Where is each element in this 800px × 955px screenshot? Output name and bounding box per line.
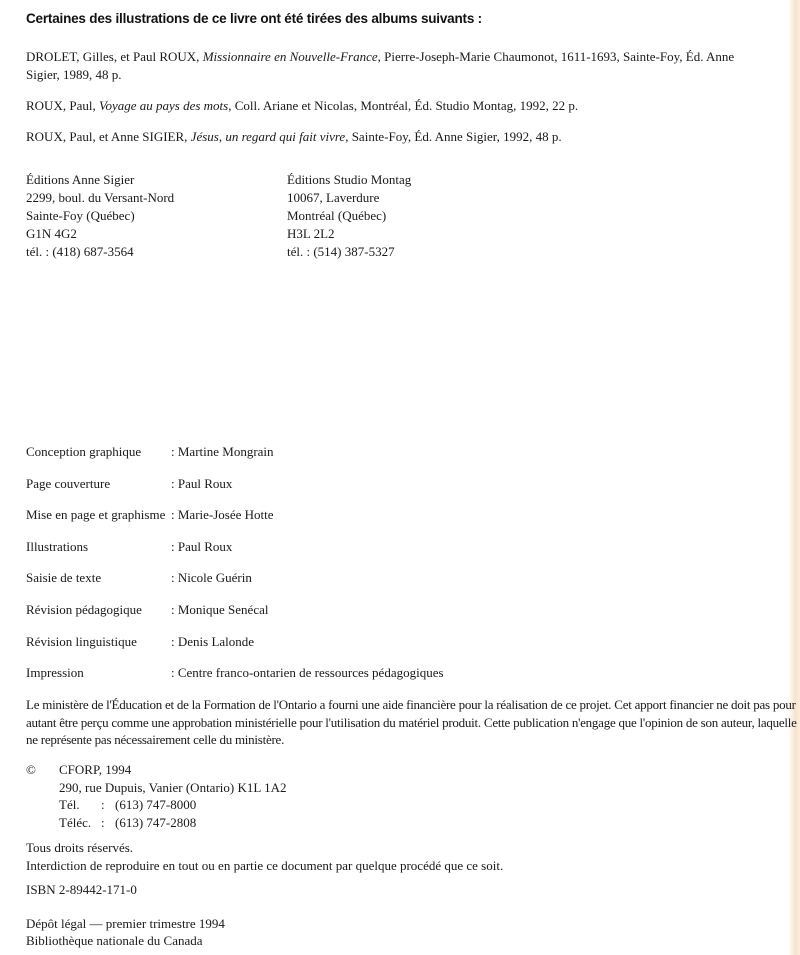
credit-row: Révision linguistique: Denis Lalonde: [26, 634, 444, 666]
credit-name: : Paul Roux: [171, 476, 232, 508]
credit-name: : Centre franco-ontarien de ressources p…: [171, 665, 444, 697]
credit-row: Révision pédagogique: Monique Senécal: [26, 602, 444, 634]
copyright-block: © CFORP, 1994 290, rue Dupuis, Vanier (O…: [26, 761, 286, 831]
reference-item: ROUX, Paul, Voyage au pays des mots, Col…: [26, 97, 766, 115]
reference-list: DROLET, Gilles, et Paul ROUX, Missionnai…: [26, 48, 766, 159]
credit-name: : Martine Mongrain: [171, 444, 274, 476]
publisher-postal: H3L 2L2: [287, 225, 411, 243]
credit-row: Saisie de texte: Nicole Guérin: [26, 570, 444, 602]
credit-name: : Paul Roux: [171, 539, 232, 571]
publisher-address-sigier: Éditions Anne Sigier 2299, boul. du Vers…: [26, 171, 174, 261]
book-title: Jésus, un regard qui fait vivre: [191, 129, 346, 144]
copyright-address: 290, rue Dupuis, Vanier (Ontario) K1L 1A…: [59, 779, 286, 797]
credit-role: Saisie de texte: [26, 570, 171, 602]
credit-row: Page couverture: Paul Roux: [26, 476, 444, 508]
phone-line: Tél.:(613) 747-8000: [59, 796, 286, 814]
fax-number: (613) 747-2808: [115, 814, 196, 832]
credit-role: Révision linguistique: [26, 634, 171, 666]
isbn: ISBN 2-89442-171-0: [26, 882, 137, 898]
book-title: Voyage au pays des mots: [99, 98, 228, 113]
book-title: Missionnaire en Nouvelle-France: [203, 49, 378, 64]
copyright-holder: CFORP, 1994: [59, 761, 286, 779]
credit-role: Impression: [26, 665, 171, 697]
credit-name: : Marie-Josée Hotte: [171, 507, 274, 539]
credit-name: : Monique Senécal: [171, 602, 268, 634]
credit-row: Mise en page et graphisme: Marie-Josée H…: [26, 507, 444, 539]
credit-row: Illustrations: Paul Roux: [26, 539, 444, 571]
funding-notice: Le ministère de l'Éducation et de la For…: [26, 696, 800, 749]
credit-row: Impression: Centre franco-ontarien de re…: [26, 665, 444, 697]
rights-statement: Tous droits réservés. Interdiction de re…: [26, 839, 503, 875]
credit-row: Conception graphique: Martine Mongrain: [26, 444, 444, 476]
publisher-name: Éditions Anne Sigier: [26, 171, 174, 189]
publisher-address-montag: Éditions Studio Montag 10067, Laverdure …: [287, 171, 411, 261]
credit-role: Conception graphique: [26, 444, 171, 476]
publisher-city: Sainte-Foy (Québec): [26, 207, 174, 225]
publisher-name: Éditions Studio Montag: [287, 171, 411, 189]
phone-number: (613) 747-8000: [115, 796, 196, 814]
page-edge-shadow: [788, 0, 800, 955]
credit-name: : Nicole Guérin: [171, 570, 252, 602]
publisher-city: Montréal (Québec): [287, 207, 411, 225]
credits-list: Conception graphique: Martine Mongrain P…: [26, 444, 444, 697]
credit-role: Illustrations: [26, 539, 171, 571]
publisher-phone: tél. : (514) 387-5327: [287, 243, 411, 261]
credit-role: Révision pédagogique: [26, 602, 171, 634]
credit-role: Page couverture: [26, 476, 171, 508]
illustrations-heading: Certaines des illustrations de ce livre …: [26, 11, 482, 26]
credit-role: Mise en page et graphisme: [26, 507, 171, 539]
publisher-street: 10067, Laverdure: [287, 189, 411, 207]
fax-line: Téléc.:(613) 747-2808: [59, 814, 286, 832]
publisher-phone: tél. : (418) 687-3564: [26, 243, 174, 261]
publisher-street: 2299, boul. du Versant-Nord: [26, 189, 174, 207]
reference-item: ROUX, Paul, et Anne SIGIER, Jésus, un re…: [26, 128, 766, 146]
publisher-postal: G1N 4G2: [26, 225, 174, 243]
copyright-icon: ©: [26, 761, 36, 779]
reference-item: DROLET, Gilles, et Paul ROUX, Missionnai…: [26, 48, 766, 84]
legal-deposit: Dépôt légal — premier trimestre 1994 Bib…: [26, 915, 225, 949]
credit-name: : Denis Lalonde: [171, 634, 254, 666]
